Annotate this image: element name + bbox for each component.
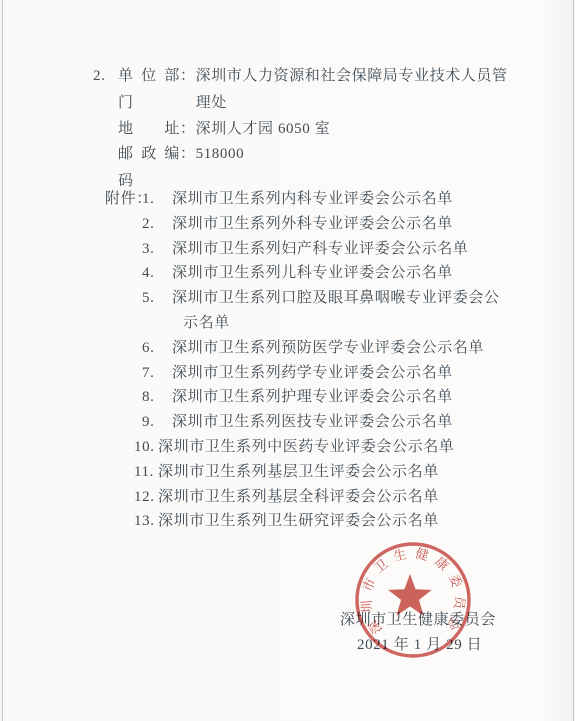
attachment-item-number: 6. [142, 336, 172, 361]
scan-edge-left [2, 0, 3, 721]
attachment-item-number: 3. [142, 237, 172, 262]
attachment-item: 4.深圳市卫生系列儿科专业评委会公示名单 [134, 261, 507, 286]
seal-star-icon [388, 574, 432, 616]
item-number: 2. [93, 63, 118, 90]
attachment-item: 7.深圳市卫生系列药学专业评委会公示名单 [134, 361, 507, 386]
attachment-item-number: 11. [134, 460, 158, 485]
attachment-item-text: 深圳市卫生系列口腔及眼耳鼻咽喉专业评委会公示名单 [172, 286, 507, 336]
unit-department-line: 2. 单位部门 ： 深圳市人力资源和社会保障局专业技术人员管理处 [93, 63, 514, 117]
official-seal: 深圳市卫生健康委员会 [343, 530, 483, 670]
attachment-item-number: 4. [142, 261, 172, 286]
attachment-item-text: 深圳市卫生系列药学专业评委会公示名单 [172, 361, 507, 386]
attachment-item: 11.深圳市卫生系列基层卫生评委会公示名单 [134, 460, 507, 485]
attachment-item-text: 深圳市卫生系列妇产科专业评委会公示名单 [172, 237, 507, 262]
attachment-item-number: 12. [134, 485, 158, 510]
attachment-item: 3.深圳市卫生系列妇产科专业评委会公示名单 [134, 237, 507, 262]
address-value: 深圳人才园 6050 室 [196, 116, 331, 143]
unit-department-label: 单位部门 [118, 63, 180, 117]
attachment-item-number: 10. [134, 435, 158, 460]
attachment-item: 12.深圳市卫生系列基层全科评委会公示名单 [134, 485, 507, 510]
attachment-item-number: 9. [142, 410, 172, 435]
attachment-item-number: 5. [142, 286, 172, 336]
attachment-item-number: 7. [142, 361, 172, 386]
address-line: 地 址 ： 深圳人才园 6050 室 [118, 116, 330, 143]
attachment-item-number: 13. [134, 509, 158, 534]
label-colon: ： [180, 116, 196, 143]
attachment-item: 8.深圳市卫生系列护理专业评委会公示名单 [134, 385, 507, 410]
attachment-item: 10.深圳市卫生系列中医药专业评委会公示名单 [134, 435, 507, 460]
attachments-label-text: 附件 [105, 191, 136, 207]
attachment-item-text: 深圳市卫生系列护理专业评委会公示名单 [172, 385, 507, 410]
attachment-item-text: 深圳市卫生系列中医药专业评委会公示名单 [158, 435, 493, 460]
attachment-item-text: 深圳市卫生系列儿科专业评委会公示名单 [172, 261, 507, 286]
attachment-item: 1.深圳市卫生系列内科专业评委会公示名单 [134, 187, 507, 212]
attachment-item-text: 深圳市卫生系列预防医学专业评委会公示名单 [172, 336, 507, 361]
attachment-item-number: 1. [142, 187, 172, 212]
attachment-item-text: 深圳市卫生系列基层卫生评委会公示名单 [158, 460, 493, 485]
attachment-item: 9.深圳市卫生系列医技专业评委会公示名单 [134, 410, 507, 435]
attachment-item: 5.深圳市卫生系列口腔及眼耳鼻咽喉专业评委会公示名单 [134, 286, 507, 336]
scan-edge-right [573, 0, 574, 721]
attachment-item: 2.深圳市卫生系列外科专业评委会公示名单 [134, 212, 507, 237]
attachment-item-text: 深圳市卫生系列医技专业评委会公示名单 [172, 410, 507, 435]
attachment-item-text: 深圳市卫生系列外科专业评委会公示名单 [172, 212, 507, 237]
label-colon: ： [180, 63, 196, 90]
attachment-item-text: 深圳市卫生系列内科专业评委会公示名单 [172, 187, 507, 212]
attachment-item-number: 2. [142, 212, 172, 237]
attachment-list: 1.深圳市卫生系列内科专业评委会公示名单2.深圳市卫生系列外科专业评委会公示名单… [134, 187, 507, 534]
address-label: 地 址 [118, 116, 180, 143]
attachment-item: 6.深圳市卫生系列预防医学专业评委会公示名单 [134, 336, 507, 361]
unit-department-value: 深圳市人力资源和社会保障局专业技术人员管理处 [196, 63, 514, 117]
attachment-item-number: 8. [142, 385, 172, 410]
attachment-item-text: 深圳市卫生系列基层全科评委会公示名单 [158, 485, 493, 510]
scanned-document-page: 2. 单位部门 ： 深圳市人力资源和社会保障局专业技术人员管理处 地 址 ： 深… [0, 0, 575, 721]
